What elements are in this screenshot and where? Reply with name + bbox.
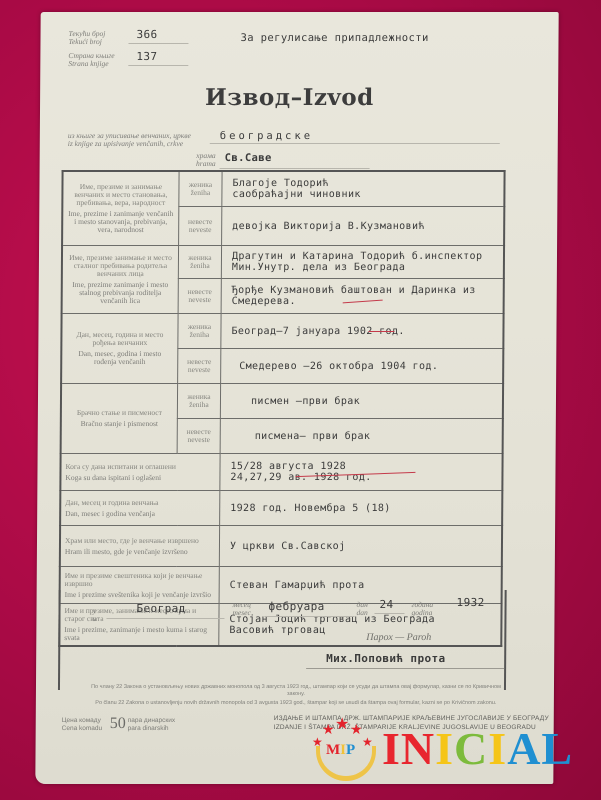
star-icon: ★ <box>350 724 363 736</box>
wedding-date-value: 1928 год. Новембра 5 (18) <box>220 491 503 526</box>
bride-name-value: девојка Викторија В.Кузмановић <box>222 207 505 246</box>
book-label: из књиге за уписивање венчаних, цркве iz… <box>68 132 193 148</box>
groom-label: женика ženiha <box>179 171 222 207</box>
mip-emblem: ★ ★ ★ ★ ★ MIP <box>312 718 374 780</box>
groom-label: женика ženiha <box>178 246 221 279</box>
row-question: Дан, месец и година венчања Dan, mesec i… <box>60 491 220 526</box>
issue-year-value: 1932 <box>457 596 485 609</box>
price-label: Цена комаду Cena komadu <box>62 717 103 733</box>
place-label: у u <box>88 607 100 623</box>
groom-parents-value: Драгутин и Катарина Тодорић б.инспектор … <box>221 246 504 279</box>
price-value: 50 <box>110 715 126 733</box>
bride-label: невесте neveste <box>178 279 221 314</box>
book-value: београдске <box>220 130 313 142</box>
table-row: Храм или место, где је венчање извршено … <box>60 526 502 567</box>
bride-parents-value: Ђорђе Кузмановић баштован и Даринка из С… <box>221 279 504 314</box>
bride-label: невесте neveste <box>178 349 221 384</box>
table-row: Дан, месец, година и место рођења венчан… <box>61 314 503 349</box>
row-question: Име, презиме и занимање венчаних и место… <box>62 171 179 246</box>
issue-place-value: Београд <box>136 602 185 615</box>
document-title: Извод–Izvod <box>205 84 374 111</box>
issue-month-value: фебруара <box>268 600 324 613</box>
groom-birth-value: Београд–7 јануара 1902 год. <box>221 314 504 349</box>
inicial-brand-text: INICIAL <box>382 724 573 774</box>
register-number-value: 366 <box>136 28 157 41</box>
row-question: Брачно стање и писменост Bračno stanje i… <box>61 384 178 454</box>
church-value: Св.Саве <box>225 152 272 164</box>
month-label: месец mesec <box>232 601 250 617</box>
groom-label: женика ženiha <box>178 314 221 349</box>
groom-label: женика ženiha <box>177 384 220 419</box>
marriage-record-table: Име, презиме и занимање венчаних и место… <box>58 170 505 647</box>
groom-status-value: писмен –први брак <box>220 384 503 419</box>
table-row: Дан, месец и година венчања Dan, mesec i… <box>60 491 502 526</box>
star-icon: ★ <box>335 718 349 730</box>
priest-signature: Мих.Поповић прота <box>326 652 445 665</box>
day-label: дан dan <box>356 601 367 617</box>
row-question: Дан, месец, година и место рођења венчан… <box>61 314 178 384</box>
registry-numbers: Текући број Tekući broj 366 Страна књиге… <box>68 30 168 74</box>
bride-label: невесте neveste <box>177 419 220 454</box>
row-question: Име, презиме занимање и место сталног пр… <box>62 246 179 314</box>
inicial-watermark-logo: ★ ★ ★ ★ ★ MIP INICIAL <box>312 718 601 788</box>
bride-status-value: писмена– први брак <box>220 419 503 454</box>
row-question: Храм или место, где је венчање извршено … <box>60 526 220 567</box>
table-row: Брачно стање и писменост Bračno stanje i… <box>61 384 503 419</box>
year-label: година godina <box>411 601 433 617</box>
document-paper: Текући број Tekući broj 366 Страна књиге… <box>35 12 558 784</box>
star-icon: ★ <box>322 724 335 736</box>
table-row: Име, презиме занимање и место сталног пр… <box>62 246 504 279</box>
bride-label: невесте neveste <box>179 207 222 246</box>
paroh-label: Парох — Paroh <box>366 632 431 643</box>
table-row: Име, презиме и занимање венчаних и место… <box>62 171 504 207</box>
page-number-value: 137 <box>136 50 157 63</box>
top-note: За регулисање припадлежности <box>240 32 428 44</box>
banns-dates-value: 15/28 августа 1928 24,27,29 ав. 1928 год… <box>220 454 503 491</box>
wedding-place-value: У цркви Св.Савској <box>219 526 502 567</box>
table-row: Кога су дана испитани и оглашени Koga su… <box>60 454 502 491</box>
issue-day-value: 24 <box>380 598 394 611</box>
legal-note-cyrillic: По члану 22 Закона о установљењу нових д… <box>86 684 506 698</box>
legal-note-latin: Po članu 22 Zakona o ustanovljenju novih… <box>86 700 506 707</box>
row-question: Кога су дана испитани и оглашени Koga su… <box>60 454 220 491</box>
price-unit: пара динарских para dinarskih <box>128 717 176 733</box>
groom-name-value: Благоје Тодорић саобраћајни чиновник <box>222 171 505 207</box>
bride-birth-value: Смедерево –26 октобра 1904 год. <box>221 349 504 384</box>
church-label: храма hrama <box>176 152 216 168</box>
